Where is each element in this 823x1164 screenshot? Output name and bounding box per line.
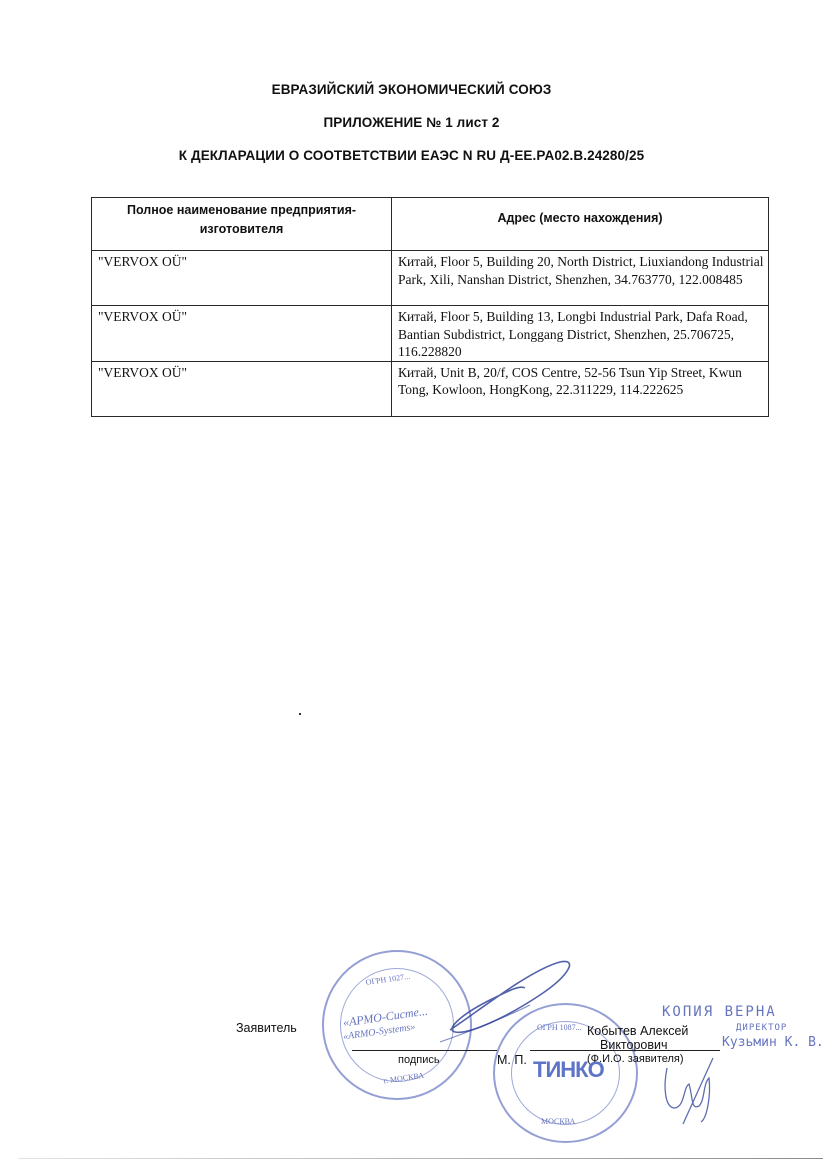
signature-caption: подпись	[398, 1054, 440, 1066]
manufacturer-name: "VERVOX OÜ"	[92, 306, 392, 362]
scan-edge-line	[18, 1158, 823, 1159]
union-title: ЕВРАЗИЙСКИЙ ЭКОНОМИЧЕСКИЙ СОЮЗ	[0, 82, 823, 97]
table-row: "VERVOX OÜ" Китай, Unit B, 20/f, COS Cen…	[92, 361, 769, 416]
copy-certified-role: ДИРЕКТОР	[736, 1023, 787, 1033]
manufacturer-address: Китай, Floor 5, Building 20, North Distr…	[392, 251, 769, 306]
manufacturer-address: Китай, Floor 5, Building 13, Longbi Indu…	[392, 306, 769, 362]
applicant-label: Заявитель	[236, 1021, 297, 1035]
declaration-title: К ДЕКЛАРАЦИИ О СООТВЕТСТВИИ ЕАЭС N RU Д-…	[0, 148, 823, 163]
applicant-name-line1: Кобытев Алексей	[587, 1024, 688, 1038]
copy-certified-title: КОПИЯ ВЕРНА	[662, 1004, 777, 1020]
table-row: "VERVOX OÜ" Китай, Floor 5, Building 13,…	[92, 306, 769, 362]
name-line	[530, 1050, 720, 1051]
manufacturer-address: Китай, Unit B, 20/f, COS Centre, 52-56 T…	[392, 361, 769, 416]
seal-city: МОСКВА	[541, 1117, 575, 1126]
manufacturer-name: "VERVOX OÜ"	[92, 251, 392, 306]
appendix-title: ПРИЛОЖЕНИЕ № 1 лист 2	[0, 115, 823, 130]
column-header-address: Адрес (место нахождения)	[392, 198, 769, 251]
name-caption: (Ф.И.О. заявителя)	[587, 1053, 684, 1065]
seal-place-caption: М. П.	[497, 1053, 527, 1067]
table-row: "VERVOX OÜ" Китай, Floor 5, Building 20,…	[92, 251, 769, 306]
scan-speck	[299, 713, 301, 715]
applicant-signature-icon	[420, 950, 580, 1050]
column-header-name: Полное наименование предприятия-изготови…	[92, 198, 392, 251]
manufacturer-name: "VERVOX OÜ"	[92, 361, 392, 416]
copy-certified-name: Кузьмин К. В.	[722, 1035, 823, 1050]
signature-line	[352, 1050, 497, 1051]
table-header-row: Полное наименование предприятия-изготови…	[92, 198, 769, 251]
manufacturers-table: Полное наименование предприятия-изготови…	[91, 197, 769, 417]
